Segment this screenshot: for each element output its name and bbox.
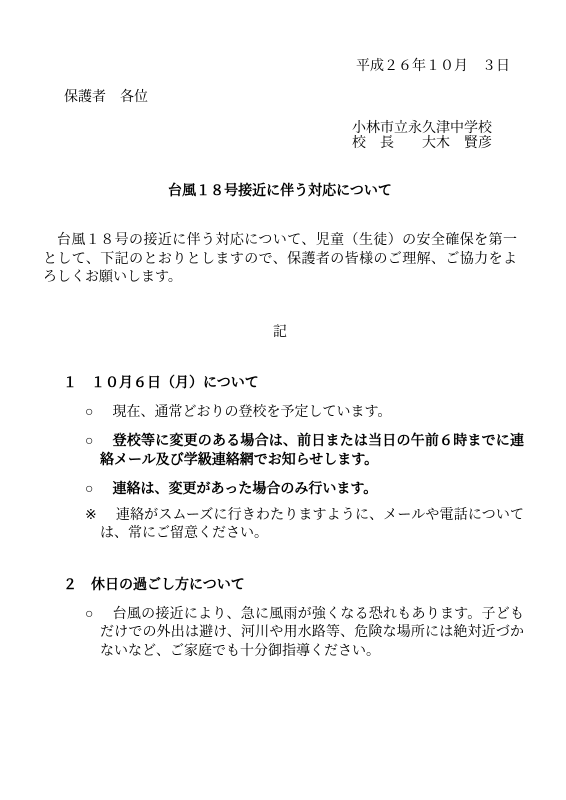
principal-name: 校 長 大木 賢彦 <box>352 136 566 151</box>
intro-paragraph: 台風１８号の接近に伴う対応について、児童（生徒）の安全確保を第一として、下記のと… <box>43 232 517 288</box>
section-1-item-3: ○連絡は、変更があった場合のみ行います。 <box>85 481 524 500</box>
recipient-line: 保護者 各位 <box>64 89 566 107</box>
section-1-item-1: ○現在、通常どおりの登校を予定しています。 <box>85 404 524 423</box>
section-2-heading: ２ 休日の過ごし方について <box>63 577 566 595</box>
section-2-item-1: ○台風の接近により、急に風雨が強くなる恐れもあります。子どもだけでの外出は避け、… <box>85 606 524 662</box>
circle-marker: ○ <box>85 434 94 449</box>
circle-marker: ○ <box>85 405 93 420</box>
reference-mark: ※ <box>85 508 97 523</box>
section-1-item-2: ○登校等に変更のある場合は、前日または当日の午前６時までに連絡メール及び学級連絡… <box>85 433 524 470</box>
section-1-note: ※連絡がスムーズに行きわたりますように、メールや電話については、常にご留意くださ… <box>85 507 524 544</box>
sender-block: 小林市立永久津中学校 校 長 大木 賢彦 <box>352 121 566 151</box>
section-2: ２ 休日の過ごし方について ○台風の接近により、急に風雨が強くなる恐れもあります… <box>0 577 566 662</box>
document-title: 台風１８号接近に伴う対応について <box>43 182 517 202</box>
school-name: 小林市立永久津中学校 <box>352 121 566 136</box>
document-date: 平成２６年１０月 ３日 <box>356 58 566 76</box>
record-mark: 記 <box>43 324 517 342</box>
item-text: 連絡がスムーズに行きわたりますように、メールや電話については、常にご留意ください… <box>100 508 524 542</box>
section-1: １ １０月６日（月）について ○現在、通常どおりの登校を予定しています。 ○登校… <box>0 375 566 544</box>
circle-marker: ○ <box>85 482 93 497</box>
item-text: 現在、通常どおりの登校を予定しています。 <box>112 405 391 420</box>
circle-marker: ○ <box>85 607 94 622</box>
item-text: 台風の接近により、急に風雨が強くなる恐れもあります。子どもだけでの外出は避け、河… <box>100 607 524 659</box>
item-text: 登校等に変更のある場合は、前日または当日の午前６時までに連絡メール及び学級連絡網… <box>100 434 524 468</box>
item-text: 連絡は、変更があった場合のみ行います。 <box>112 482 377 497</box>
document-page: 平成２６年１０月 ３日 保護者 各位 小林市立永久津中学校 校 長 大木 賢彦 … <box>0 0 566 800</box>
section-1-heading: １ １０月６日（月）について <box>63 375 566 393</box>
